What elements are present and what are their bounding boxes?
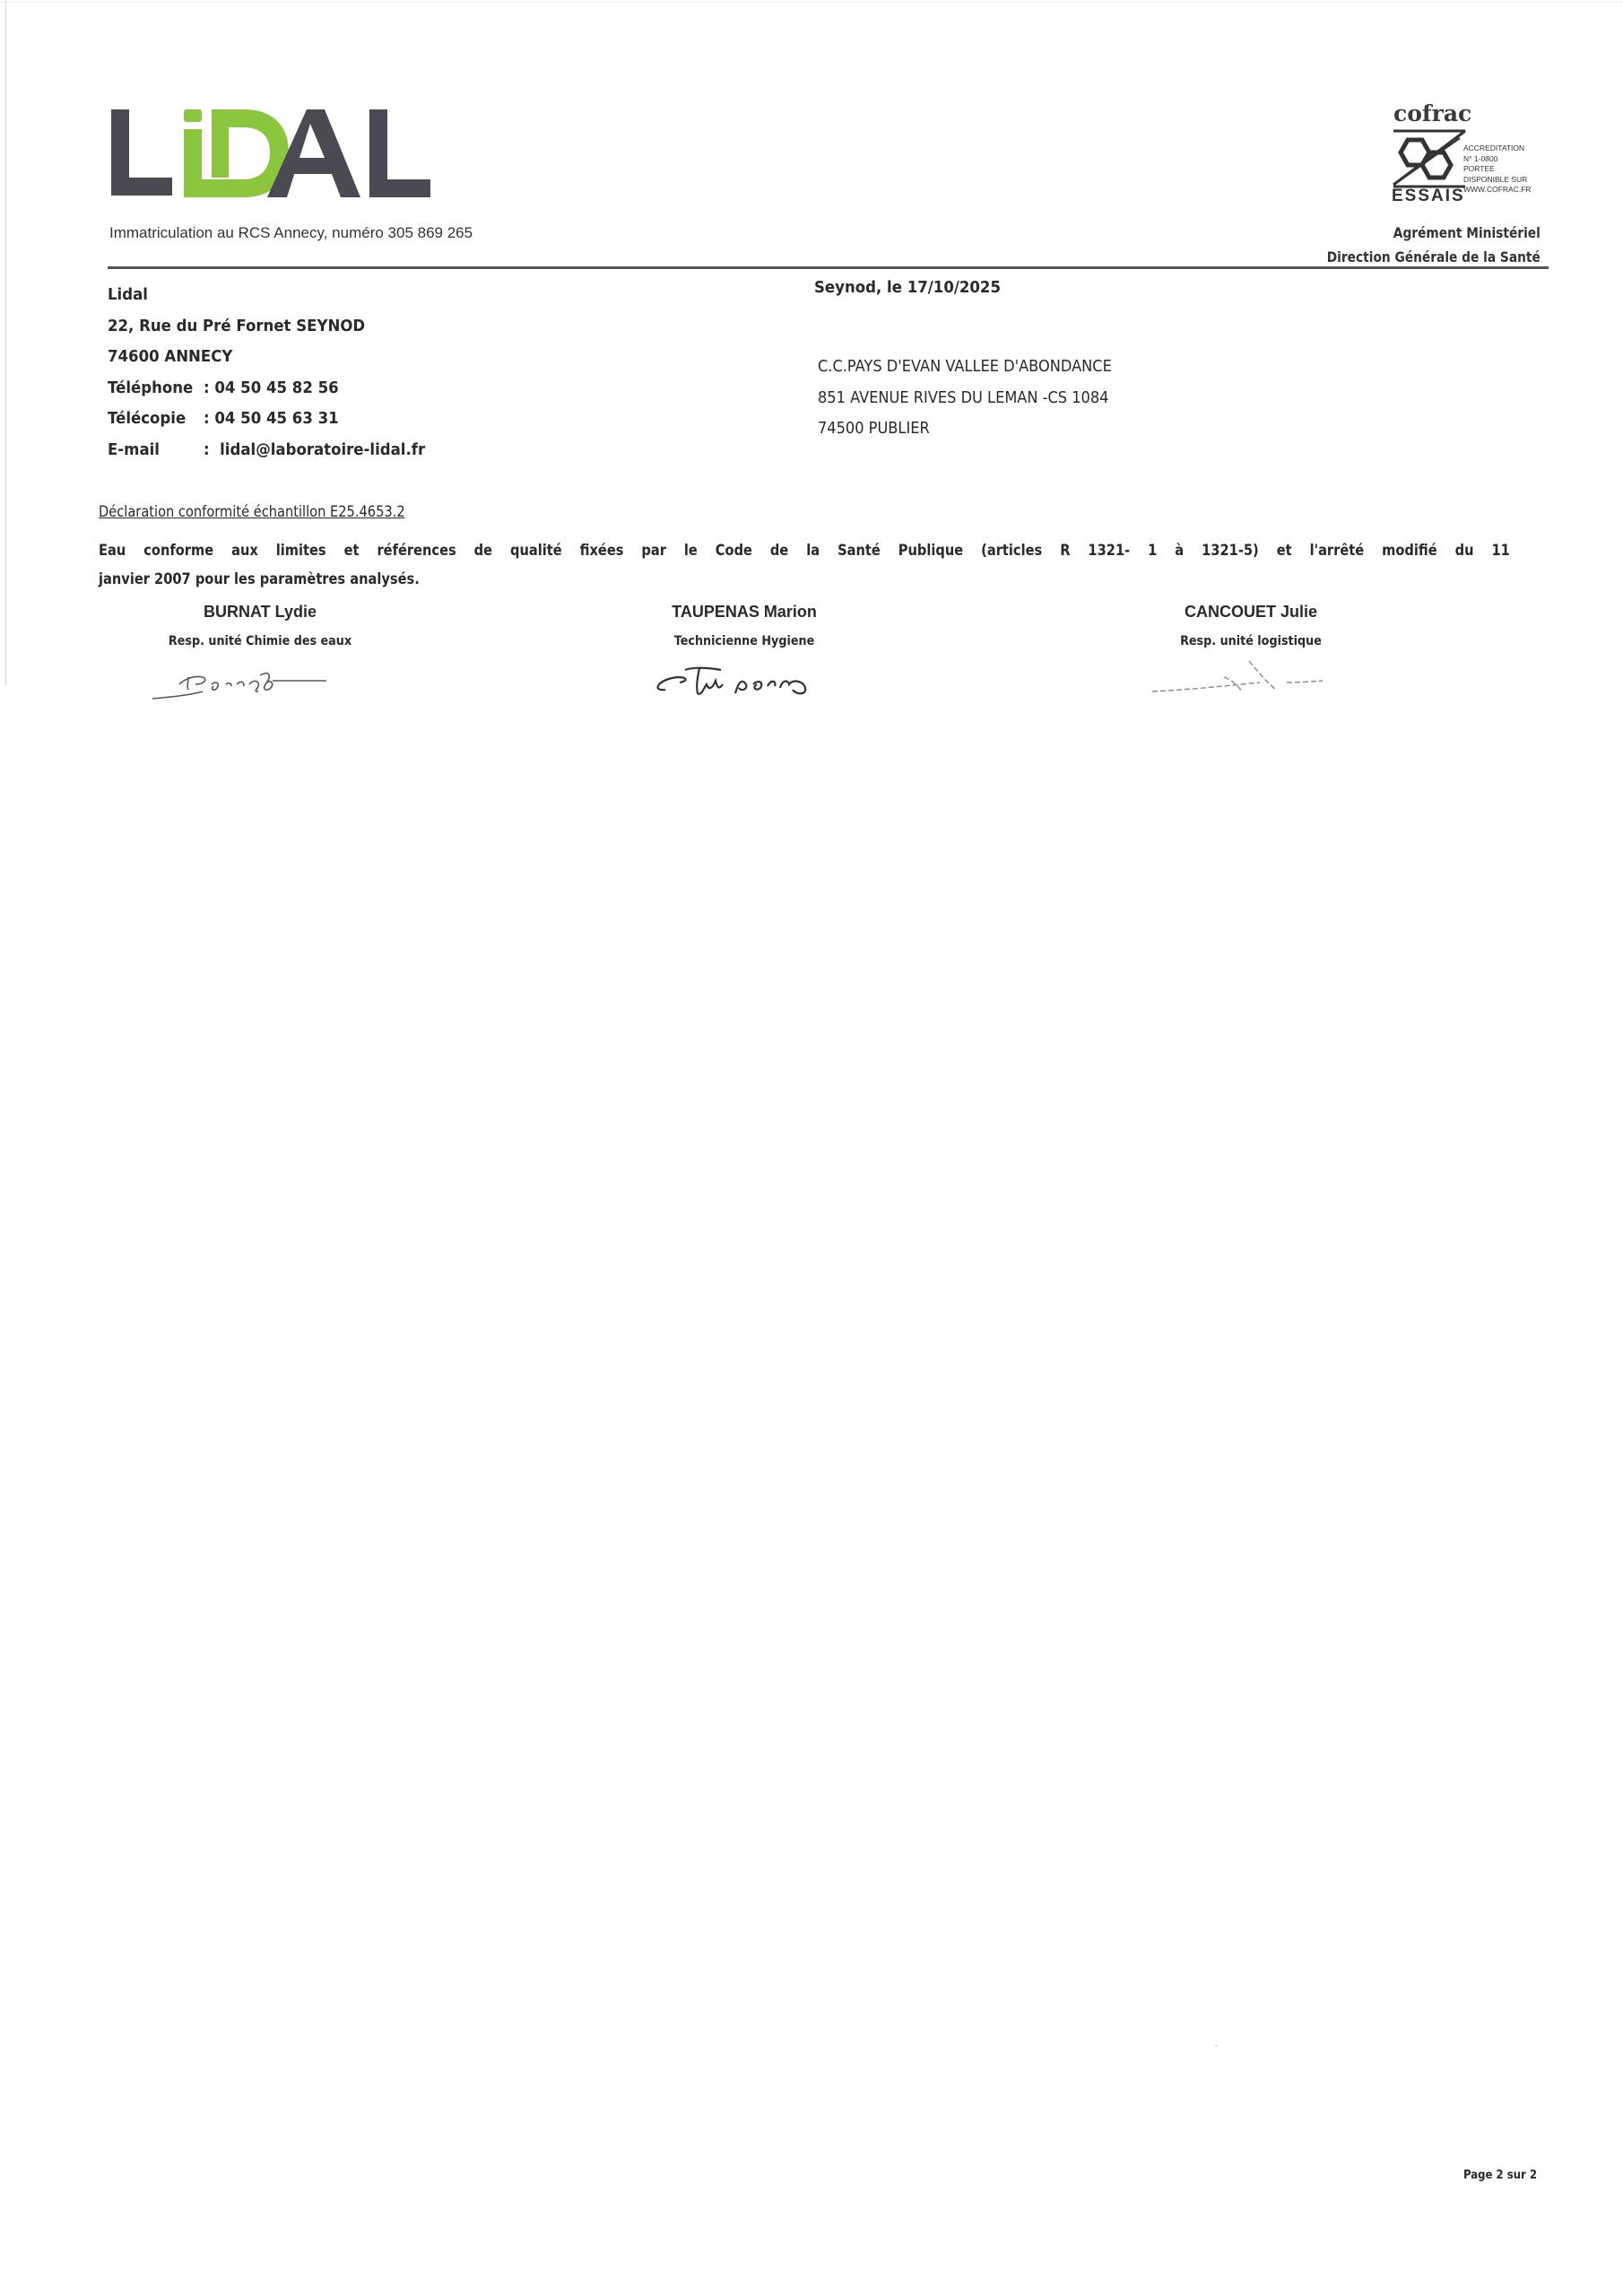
cofrac-essais-label: ESSAIS bbox=[1392, 187, 1465, 206]
declaration-line-1: Eau conforme aux limites et références d… bbox=[99, 536, 1510, 565]
signatory-role: Technicienne Hygiene bbox=[618, 634, 871, 648]
signature-burnat-icon bbox=[126, 657, 395, 702]
agrement-block: Agrément Ministériel Direction Générale … bbox=[1327, 221, 1541, 269]
sender-fax-row: Télécopie : 04 50 45 63 31 bbox=[108, 404, 425, 435]
declaration-body: Eau conforme aux limites et références d… bbox=[99, 536, 1510, 594]
cofrac-accreditation-badge: cofrac ESSAIS ACCREDITATION N° 1-0800 PO… bbox=[1388, 100, 1541, 208]
declaration-line-2: janvier 2007 pour les paramètres analysé… bbox=[99, 565, 1510, 594]
cofrac-wordmark: cofrac bbox=[1393, 100, 1471, 126]
sender-address: Lidal 22, Rue du Pré Fornet SEYNOD 74600… bbox=[108, 280, 425, 465]
email-label: E-mail bbox=[108, 435, 198, 466]
scan-border bbox=[5, 0, 6, 686]
signature-taupenas-icon bbox=[610, 657, 879, 702]
cofrac-hexagon-icon bbox=[1390, 129, 1467, 188]
signatory-name: CANCOUET Julie bbox=[1107, 603, 1394, 622]
sender-street: 22, Rue du Pré Fornet SEYNOD bbox=[108, 311, 425, 343]
fax-value: : 04 50 45 63 31 bbox=[204, 409, 339, 428]
signatory-cancouet: CANCOUET Julie Resp. unité logistique bbox=[1107, 603, 1394, 702]
phone-label: Téléphone bbox=[108, 373, 198, 404]
declaration-title: Déclaration conformité échantillon E25.4… bbox=[99, 503, 405, 521]
direction-generale-sante: Direction Générale de la Santé bbox=[1327, 245, 1541, 269]
signatory-name: TAUPENAS Marion bbox=[601, 603, 888, 622]
rcs-registration: Immatriculation au RCS Annecy, numéro 30… bbox=[109, 224, 473, 242]
scan-speck bbox=[1215, 2045, 1218, 2047]
recipient-address: C.C.PAYS D'EVAN VALLEE D'ABONDANCE 851 A… bbox=[818, 352, 1112, 445]
signatory-role: Resp. unité Chimie des eaux bbox=[134, 634, 386, 648]
signatory-role: Resp. unité logistique bbox=[1124, 634, 1377, 648]
page-number: Page 2 sur 2 bbox=[1463, 2169, 1537, 2182]
letter-date: Seynod, le 17/10/2025 bbox=[814, 278, 1001, 297]
sender-name: Lidal bbox=[108, 280, 425, 311]
sender-phone-row: Téléphone : 04 50 45 82 56 bbox=[108, 373, 425, 404]
scan-border-top bbox=[0, 2, 1623, 3]
signatory-taupenas: TAUPENAS Marion Technicienne Hygiene bbox=[601, 603, 888, 702]
sender-city: 74600 ANNECY bbox=[108, 342, 425, 373]
cofrac-accreditation-text: ACCREDITATION N° 1-0800 PORTEE DISPONIBL… bbox=[1463, 143, 1532, 196]
agrement-ministeriel: Agrément Ministériel bbox=[1327, 221, 1541, 245]
sender-email-row: E-mail : lidal@laboratoire-lidal.fr bbox=[108, 435, 425, 466]
lidal-logo bbox=[109, 106, 432, 197]
recipient-line-3: 74500 PUBLIER bbox=[818, 413, 1112, 445]
signature-cancouet-icon bbox=[1116, 657, 1385, 702]
signatory-burnat: BURNAT Lydie Resp. unité Chimie des eaux bbox=[117, 603, 404, 702]
signatory-name: BURNAT Lydie bbox=[117, 603, 404, 622]
header-divider bbox=[108, 266, 1549, 269]
recipient-line-1: C.C.PAYS D'EVAN VALLEE D'ABONDANCE bbox=[818, 352, 1112, 383]
recipient-line-2: 851 AVENUE RIVES DU LEMAN -CS 1084 bbox=[818, 383, 1112, 414]
phone-value: : 04 50 45 82 56 bbox=[204, 378, 339, 397]
fax-label: Télécopie bbox=[108, 404, 198, 435]
email-value: : lidal@laboratoire-lidal.fr bbox=[204, 440, 425, 459]
